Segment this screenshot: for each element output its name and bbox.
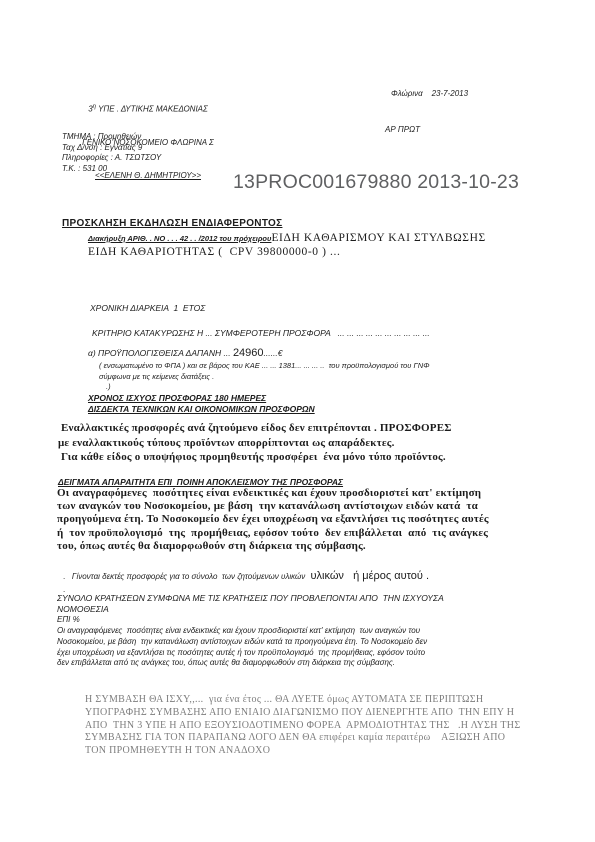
offer-folders-line: ΔΙΣΔΕΚΤΑ ΤΕΧΝΙΚΩΝ ΚΑΙ ΟΙΚΟΝΟΜΙΚΩΝ ΠΡΟΣΦΟ… <box>88 404 315 414</box>
quantities-paragraph-bold: Οι αναγραφόμενες ποσότητες είναι ενδεικτ… <box>57 487 553 553</box>
contact-block: ΤΜΗΜΑ : Προμηθειών Ταχ Δ/νση : Εγνατίας … <box>62 132 161 174</box>
tender-reference: Διακήρυξη ΑΡΙΘ. . ΝΟ . . . 42 . . /2012 … <box>88 234 271 243</box>
budget-prefix: α) ΠΡΟΫΠΟΛΟΓΙΣΘΕΙΣΑ ΔΑΠΑΝΗ ... <box>88 348 233 358</box>
budget-line: α) ΠΡΟΫΠΟΛΟΓΙΣΘΕΙΣΑ ΔΑΠΑΝΗ ... 24960....… <box>88 347 282 359</box>
org-line1: 3η ΥΠΕ . ΔΥΤΙΚΗΣ ΜΑΚΕΔΟΝΙΑΣ <box>62 102 234 115</box>
subject-line1: ΕΙΔΗ ΚΑΘΑΡΙΣΜΟΥ ΚΑΙ ΣΤΥΛΒΩΣΗΣ <box>271 232 485 244</box>
document-page: Φλώρινα 23-7-2013 ΑΡ ΠΡΩΤ 3η ΥΠΕ . ΔΥΤΙΚ… <box>0 0 595 842</box>
subject-line2: ΕΙΔΗ ΚΑΘΑΡΙΟΤΗΤΑΣ ( CPV 39800000-0 ) ... <box>88 246 340 258</box>
org-line1-rest: ΥΠΕ . ΔΥΤΙΚΗΣ ΜΑΚΕΔΟΝΙΑΣ <box>96 105 208 114</box>
partial-offer-large-text: υλικών ή μέρος αυτού . <box>307 570 429 582</box>
budget-note-close: .) <box>106 382 111 391</box>
budget-suffix: ......€ <box>264 348 283 358</box>
place-date: Φλώρινα 23-7-2013 <box>385 88 468 100</box>
protocol-label: ΑΡ ΠΡΩΤ <box>385 124 468 136</box>
partial-offer-bullet: . <box>63 572 70 581</box>
epi-percent-label: ΕΠΙ % <box>57 615 80 624</box>
samples-heading: ΔΕΙΓΜΑΤΑ ΑΠΑΡΑΙΤΗΤΑ ΕΠΙ ΠΟΙΝΗ ΑΠΟΚΛΕΙΣΜΟ… <box>58 477 343 487</box>
deductions-line: ΣΥΝΟΛΟ ΚΡΑΤΗΣΕΩΝ ΣΥΜΦΩΝΑ ΜΕ ΤΙΣ ΚΡΑΤΗΣΕΙ… <box>57 593 444 615</box>
proc-stamp: 13PROC001679880 2013-10-23 <box>233 171 519 194</box>
alternative-offers-paragraph: Εναλλακτικές προσφορές ανά ζητούμενο είδ… <box>58 421 550 465</box>
footer-note: Η ΣΥΜΒΑΣΗ ΘΑ ΙΣΧΥ,,... για ένα έτος ... … <box>85 694 530 758</box>
budget-note-provisions: σύμφωνα με τις κείμενες διατάξεις . <box>99 372 214 381</box>
invitation-title: ΠΡΟΣΚΛΗΣΗ ΕΚΔΗΛΩΣΗ ΕΝΔΙΑΦΕΡΟΝΤΟΣ <box>62 218 282 229</box>
reference-line: Διακήρυξη ΑΡΙΘ. . ΝΟ . . . 42 . . /2012 … <box>88 232 486 244</box>
budget-note-vat: ( ενσωματωμένο το ΦΠΑ ) και σε βάρος του… <box>99 361 429 370</box>
partial-offer-italic-text: Γίνονται δεκτές προσφορές για το σύνολο … <box>70 572 308 581</box>
header-right-block: Φλώρινα 23-7-2013 ΑΡ ΠΡΩΤ <box>385 64 468 160</box>
quantities-paragraph-italic: Οι αναγραφόμενες ποσότητες είναι ενδεικτ… <box>57 626 557 669</box>
offer-validity-line: ΧΡΟΝΟΣ ΙΣΧΥΟΣ ΠΡΟΣΦΟΡΑΣ 180 ΗΜΕΡΕΣ <box>88 393 266 403</box>
budget-amount: 24960 <box>233 347 264 359</box>
award-criterion-line: ΚΡΙΤΗΡΙΟ ΚΑΤΑΚΥΡΩΣΗΣ Η ... ΣΥΜΦΕΡΟΤΕΡΗ Π… <box>92 328 430 338</box>
duration-line: ΧΡΟΝΙΚΗ ΔΙΑΡΚΕΙΑ 1 ΕΤΟΣ <box>90 303 205 313</box>
partial-offer-line: . Γίνονται δεκτές προσφορές για το σύνολ… <box>63 570 429 582</box>
